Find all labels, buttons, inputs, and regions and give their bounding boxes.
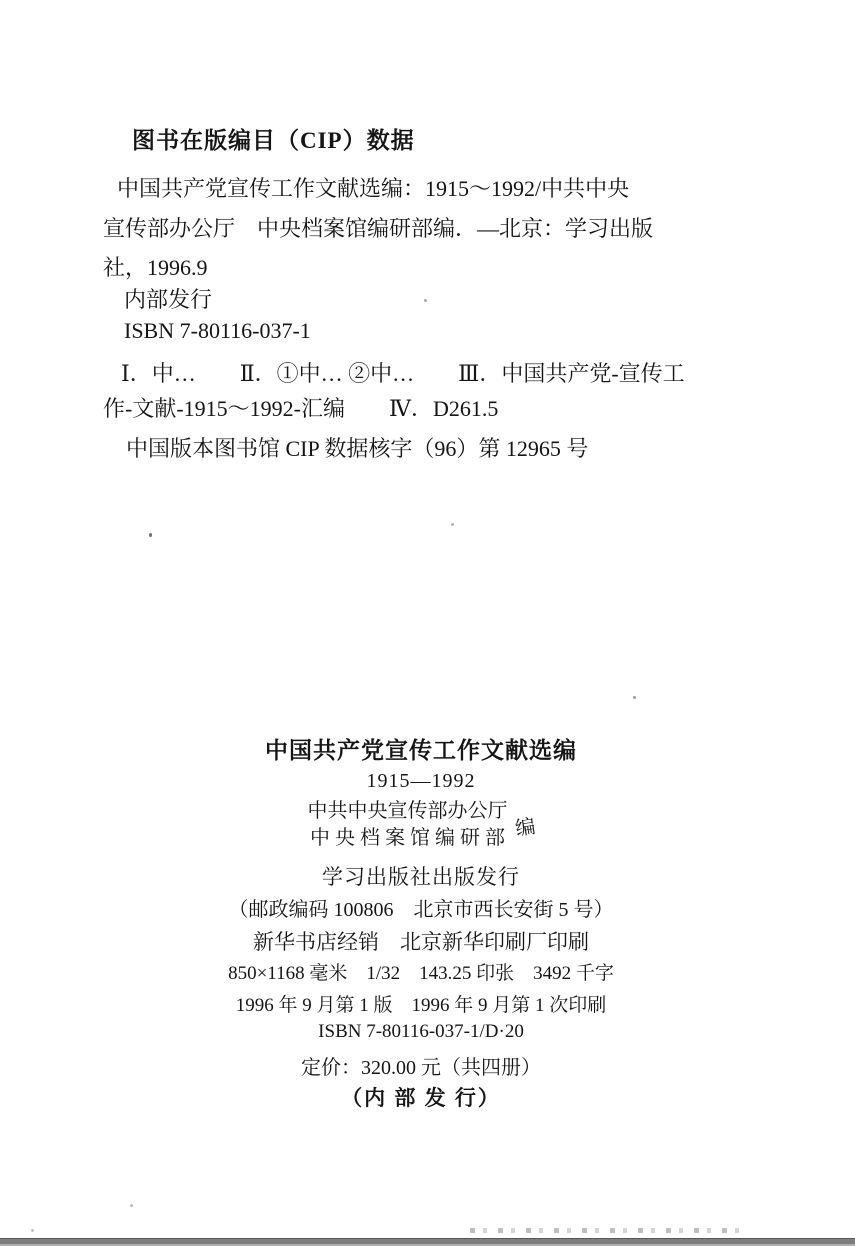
cip-description-line-2: 宣传部办公厅 中央档案馆编研部编．—北京：学习出版 <box>103 216 653 242</box>
cip-classification-line-2: 作-文献-1915～1992-汇编 Ⅳ．D261.5 <box>103 396 498 422</box>
book-copyright-page: 图书在版编目（CIP）数据 中国共产党宣传工作文献选编：1915～1992/中共… <box>0 0 855 1246</box>
cip-classification-line-1: Ⅰ．中… Ⅱ．①中… ②中… Ⅲ．中国共产党-宣传工 <box>121 361 685 387</box>
editor-suffix: 编 <box>512 809 536 841</box>
book-years: 1915—1992 <box>0 770 842 793</box>
format-line: 850×1168 毫米 1/32 143.25 印张 3492 千字 <box>0 958 842 985</box>
edition-line: 1996 年 9 月第 1 版 1996 年 9 月第 1 次印刷 <box>0 990 842 1017</box>
book-title: 中国共产党宣传工作文献选编 <box>0 732 842 765</box>
internal-distribution-line: （内 部 发 行） <box>0 1082 842 1112</box>
editors-block: 中共中央宣传部办公厅 中 央 档 案 馆 编 研 部 编 <box>0 798 842 852</box>
cip-isbn: ISBN 7-80116-037-1 <box>124 318 311 344</box>
scan-speck <box>149 533 152 537</box>
scan-smudge <box>470 1228 746 1233</box>
publisher-line: 学习出版社出版发行 <box>0 861 842 891</box>
scan-speck <box>424 299 427 302</box>
isbn-line: ISBN 7-80116-037-1/D·20 <box>0 1021 842 1043</box>
cip-description-line-1: 中国共产党宣传工作文献选编：1915～1992/中共中央 <box>117 176 629 202</box>
cip-heading: 图书在版编目（CIP）数据 <box>132 127 415 155</box>
editor-line-2: 中 央 档 案 馆 编 研 部 <box>308 825 508 852</box>
scan-speck <box>451 523 454 526</box>
scan-speck <box>31 1229 34 1232</box>
cip-internal-note: 内部发行 <box>124 287 212 313</box>
address-line: （邮政编码 100806 北京市西长安街 5 号） <box>0 893 842 922</box>
scan-edge-bar <box>0 1238 855 1246</box>
scan-speck <box>633 696 636 699</box>
scan-speck <box>130 1204 133 1207</box>
cip-record-number: 中国版本图书馆 CIP 数据核字（96）第 12965 号 <box>126 436 588 462</box>
price-line: 定价：320.00 元（共四册） <box>0 1051 842 1080</box>
editor-line-1: 中共中央宣传部办公厅 <box>308 798 508 825</box>
cip-description-line-3: 社，1996.9 <box>103 255 208 281</box>
distribution-line: 新华书店经销 北京新华印刷厂印刷 <box>0 926 842 956</box>
